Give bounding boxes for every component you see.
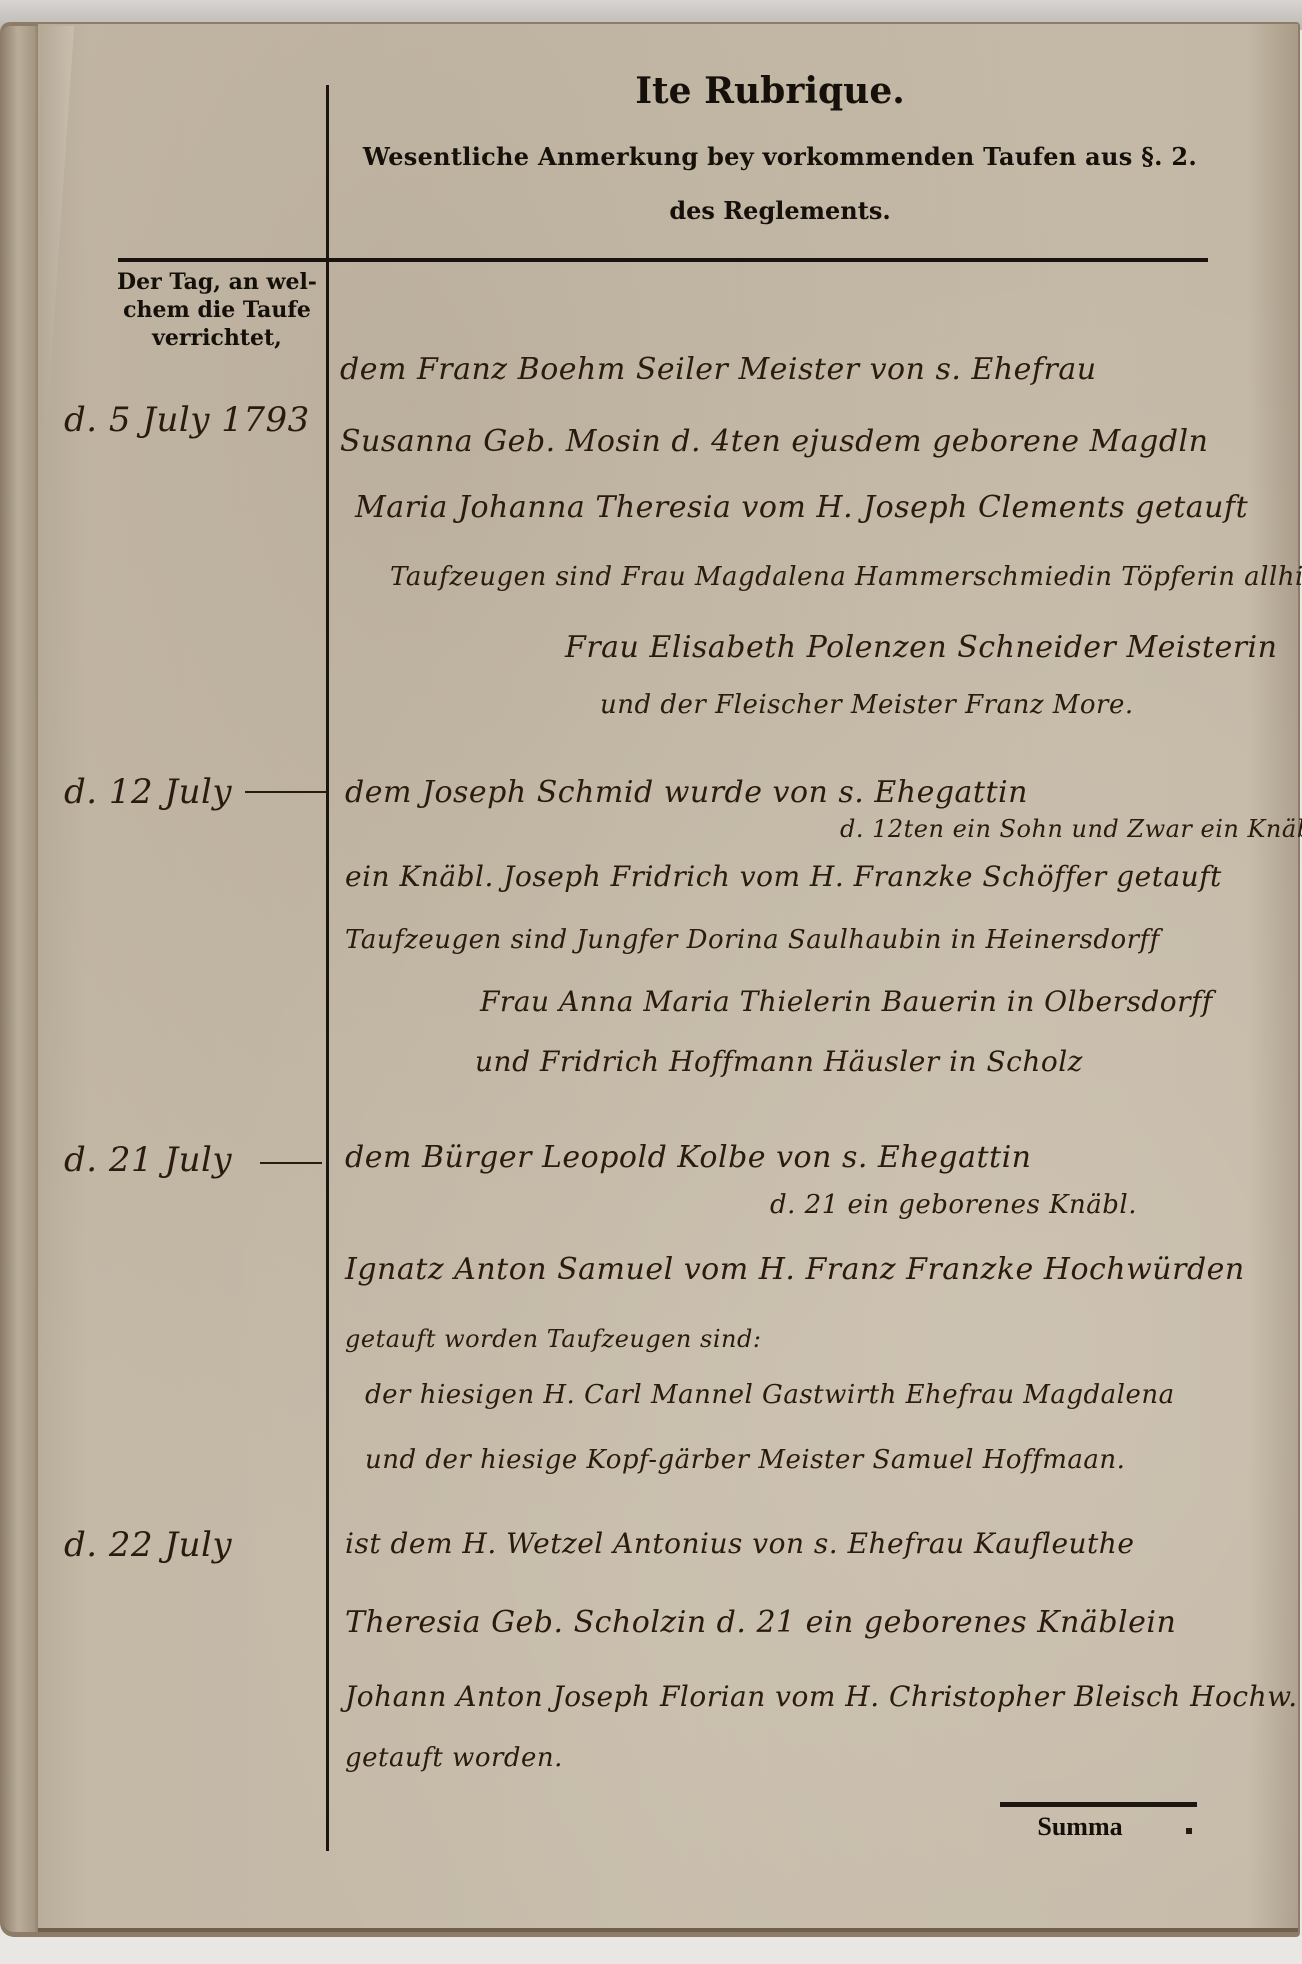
- date-column-header-line: chem die Taufe: [108, 296, 326, 324]
- entry-line: und Fridrich Hoffmann Häusler in Scholz: [475, 1045, 1083, 1078]
- date-column-header: Der Tag, an wel- chem die Taufe verricht…: [108, 268, 326, 352]
- header-rule: [118, 258, 1208, 262]
- entry-line: und der Fleischer Meister Franz More.: [600, 690, 1134, 720]
- entry-line: Taufzeugen sind Jungfer Dorina Saulhaubi…: [345, 925, 1160, 955]
- entry-line: getauft worden Taufzeugen sind:: [345, 1325, 761, 1353]
- summa-dot: [1186, 1828, 1192, 1834]
- date-connector-line: [245, 791, 327, 793]
- summa-rule: [1000, 1802, 1197, 1807]
- entry-line: dem Franz Boehm Seiler Meister von s. Eh…: [340, 352, 1097, 387]
- date-connector-line: [260, 1162, 322, 1164]
- page-title: Ite Rubrique.: [330, 70, 1210, 112]
- entry-line: Taufzeugen sind Frau Magdalena Hammersch…: [390, 562, 1302, 592]
- entry-line: Theresia Geb. Scholzin d. 21 ein geboren…: [345, 1605, 1176, 1640]
- page-subtitle-line2: des Reglements.: [340, 196, 1220, 225]
- entry-line: Maria Johanna Theresia vom H. Joseph Cle…: [355, 490, 1248, 525]
- entry-line: ein Knäbl. Joseph Fridrich vom H. Franzk…: [345, 860, 1222, 893]
- column-divider: [326, 85, 329, 1851]
- entry-line: Johann Anton Joseph Florian vom H. Chris…: [345, 1680, 1298, 1713]
- entry-line: der hiesigen H. Carl Mannel Gastwirth Eh…: [365, 1380, 1175, 1410]
- entry-date: d. 5 July 1793: [64, 400, 310, 440]
- entry-date: d. 12 July: [64, 772, 232, 812]
- entry-line: Susanna Geb. Mosin d. 4ten ejusdem gebor…: [340, 424, 1208, 459]
- page-subtitle: Wesentliche Anmerkung bey vorkommenden T…: [340, 142, 1220, 171]
- entry-date: d. 21 July: [64, 1140, 232, 1180]
- entry-date: d. 22 July: [64, 1525, 232, 1565]
- entry-line: d. 21 ein geborenes Knäbl.: [770, 1190, 1137, 1220]
- entry-line: dem Bürger Leopold Kolbe von s. Ehegatti…: [345, 1140, 1032, 1175]
- entry-line: d. 12ten ein Sohn und Zwar ein Knäblein: [840, 815, 1302, 843]
- entry-line: Frau Elisabeth Polenzen Schneider Meiste…: [565, 630, 1277, 665]
- entry-line: und der hiesige Kopf-gärber Meister Samu…: [365, 1445, 1125, 1475]
- entry-line: Frau Anna Maria Thielerin Bauerin in Olb…: [480, 985, 1213, 1018]
- entry-line: getauft worden.: [345, 1743, 563, 1773]
- entry-line: ist dem H. Wetzel Antonius von s. Ehefra…: [345, 1527, 1134, 1560]
- date-column-header-line: verrichtet,: [108, 324, 326, 352]
- entry-line: dem Joseph Schmid wurde von s. Ehegattin: [345, 775, 1028, 810]
- date-column-header-line: Der Tag, an wel-: [108, 268, 326, 296]
- summa-label: Summa: [1020, 1812, 1140, 1842]
- entry-line: Ignatz Anton Samuel vom H. Franz Franzke…: [345, 1252, 1245, 1287]
